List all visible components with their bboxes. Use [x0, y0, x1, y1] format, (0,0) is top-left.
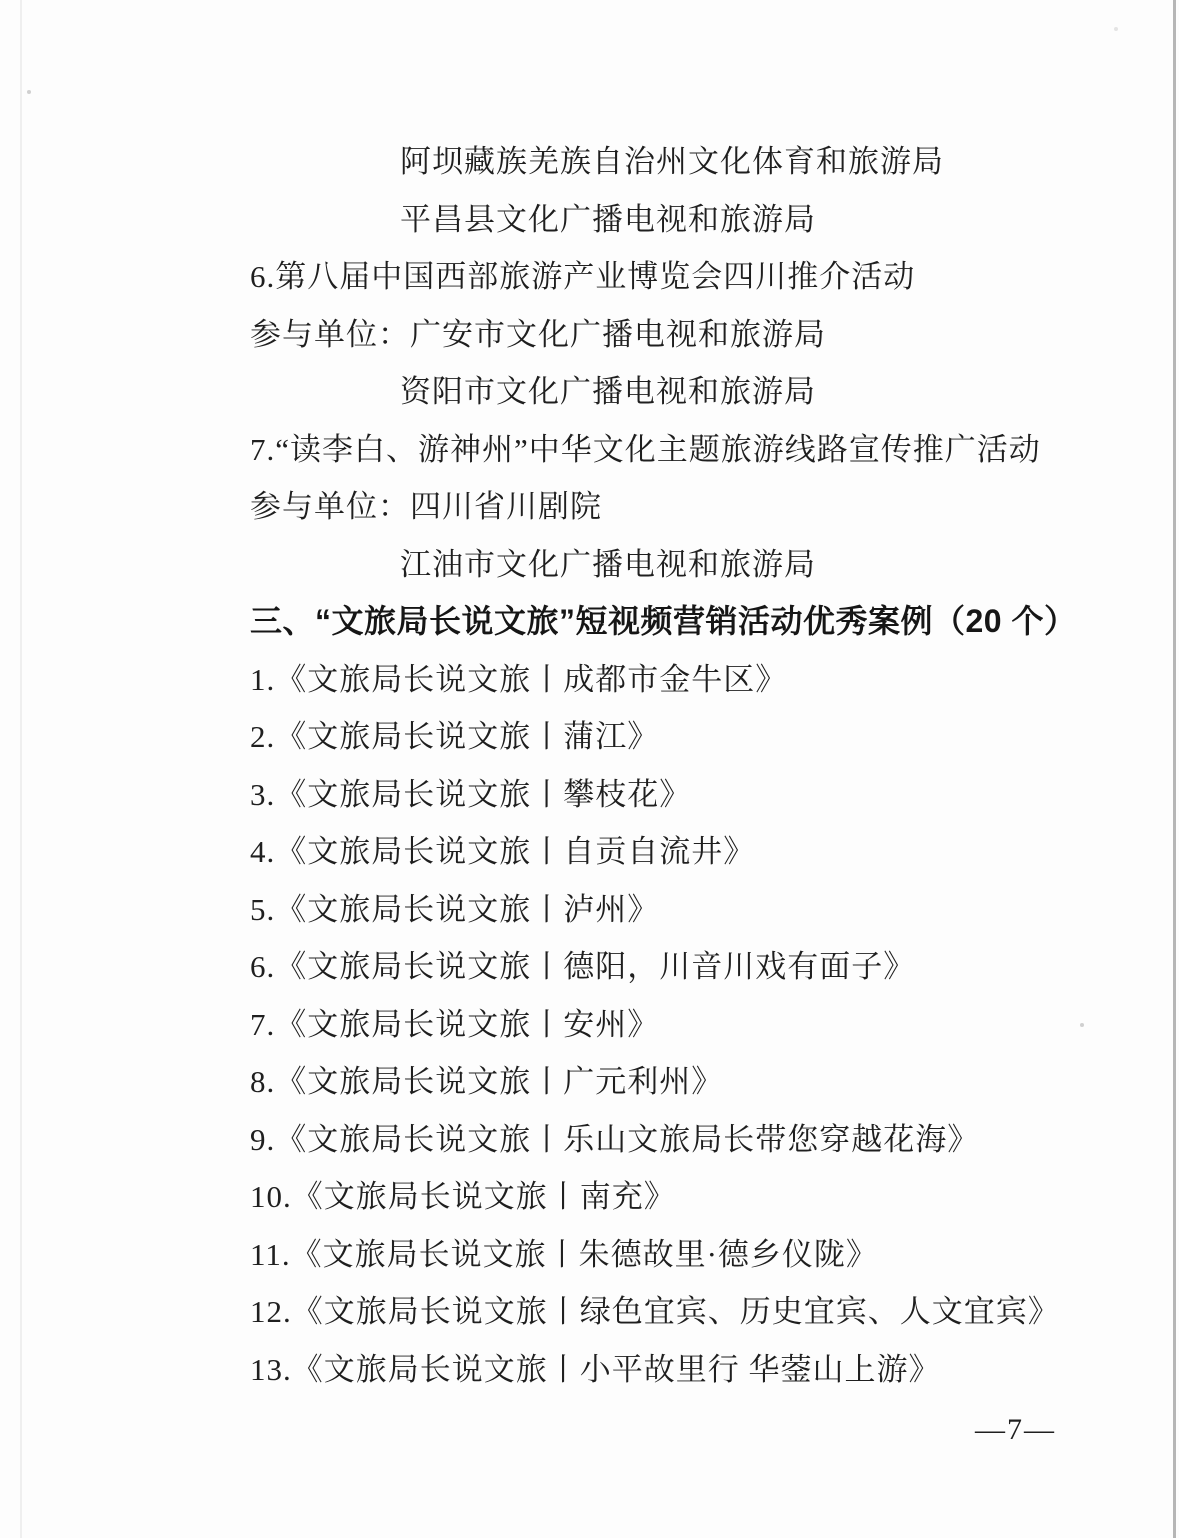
case-item: 13.《文旅局长说文旅丨小平故里行 华蓥山上游》 [250, 1341, 1065, 1399]
document-line: 平昌县文化广播电视和旅游局 [250, 191, 1065, 249]
scan-speck [1114, 27, 1118, 31]
case-item: 9.《文旅局长说文旅丨乐山文旅局长带您穿越花海》 [250, 1111, 1065, 1169]
document-line: 阿坝藏族羌族自治州文化体育和旅游局 [250, 133, 1065, 191]
case-item: 11.《文旅局长说文旅丨朱德故里·德乡仪陇》 [250, 1226, 1065, 1284]
document-line: 参与单位：四川省川剧院 [250, 478, 1065, 536]
document-line: 江油市文化广播电视和旅游局 [250, 536, 1065, 594]
scan-speck [1080, 1023, 1084, 1027]
document-line: 参与单位：广安市文化广播电视和旅游局 [250, 306, 1065, 364]
scan-edge-right [1173, 0, 1176, 1538]
case-item: 2.《文旅局长说文旅丨蒲江》 [250, 708, 1065, 766]
case-item: 1.《文旅局长说文旅丨成都市金牛区》 [250, 651, 1065, 709]
scan-speck [27, 90, 31, 94]
document-page: 阿坝藏族羌族自治州文化体育和旅游局平昌县文化广播电视和旅游局6.第八届中国西部旅… [0, 0, 1179, 1538]
case-item: 3.《文旅局长说文旅丨攀枝花》 [250, 766, 1065, 824]
case-list: 1.《文旅局长说文旅丨成都市金牛区》2.《文旅局长说文旅丨蒲江》3.《文旅局长说… [250, 651, 1065, 1399]
document-line: 7.“读李白、游神州”中华文化主题旅游线路宣传推广活动 [250, 421, 1065, 479]
case-item: 6.《文旅局长说文旅丨德阳，川音川戏有面子》 [250, 938, 1065, 996]
page-number: —7— [975, 1413, 1056, 1447]
case-item: 4.《文旅局长说文旅丨自贡自流井》 [250, 823, 1065, 881]
document-line: 资阳市文化广播电视和旅游局 [250, 363, 1065, 421]
case-item: 8.《文旅局长说文旅丨广元利州》 [250, 1053, 1065, 1111]
case-item: 7.《文旅局长说文旅丨安州》 [250, 996, 1065, 1054]
document-body: 阿坝藏族羌族自治州文化体育和旅游局平昌县文化广播电视和旅游局6.第八届中国西部旅… [250, 133, 1065, 1398]
participation-section: 阿坝藏族羌族自治州文化体育和旅游局平昌县文化广播电视和旅游局6.第八届中国西部旅… [250, 133, 1065, 593]
section-three-heading: 三、“文旅局长说文旅”短视频营销活动优秀案例（20 个） [250, 593, 1065, 651]
case-item: 5.《文旅局长说文旅丨泸州》 [250, 881, 1065, 939]
document-line: 6.第八届中国西部旅游产业博览会四川推介活动 [250, 248, 1065, 306]
case-item: 10.《文旅局长说文旅丨南充》 [250, 1168, 1065, 1226]
scan-edge-left [20, 0, 22, 1538]
case-item: 12.《文旅局长说文旅丨绿色宜宾、历史宜宾、人文宜宾》 [250, 1283, 1065, 1341]
